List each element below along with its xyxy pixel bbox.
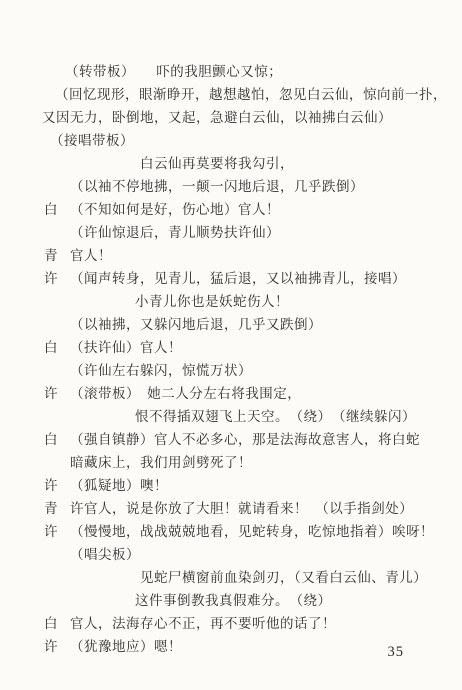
script-line: 青许官人，说是你放了大胆！就请看来！ （以手指剑处） <box>0 497 462 520</box>
line-text: 恨不得插双翅飞上天空。 （绕） （继续躲闪） <box>135 409 416 424</box>
document-page: （转带板） 吓的我胆颤心又惊；（回忆现形，眼渐睁开，越想越怕，忽见白云仙，惊向前… <box>0 0 462 690</box>
script-line: （以袖拂，又躲闪地后退，几乎又跌倒） <box>0 313 462 336</box>
line-text: 暗藏床上，我们用剑劈死了！ <box>70 455 252 470</box>
line-text: （慢慢地，战战兢兢地看，见蛇转身，吃惊地指着）唉呀！ <box>70 524 434 539</box>
line-text: 官人，法海存心不正，再不要听他的话了！ <box>70 616 336 631</box>
speaker-label: 许 <box>44 382 58 405</box>
line-text: （接唱带板） <box>50 133 134 148</box>
script-line: 许（狐疑地）噢！ <box>0 474 462 497</box>
speaker-label: 青 <box>44 497 58 520</box>
line-text: （以袖不停地拂，一颠一闪地后退，几乎跌倒） <box>70 179 364 194</box>
script-line: 暗藏床上，我们用剑劈死了！ <box>0 451 462 474</box>
script-line: （许仙惊退后，青儿顺势扶许仙） <box>0 221 462 244</box>
script-line: 青官人！ <box>0 244 462 267</box>
speaker-label: 许 <box>44 520 58 543</box>
script-line: （回忆现形，眼渐睁开，越想越怕，忽见白云仙，惊向前一扑， <box>0 83 462 106</box>
script-text-block: （转带板） 吓的我胆颤心又惊；（回忆现形，眼渐睁开，越想越怕，忽见白云仙，惊向前… <box>0 60 462 658</box>
line-text: （强自镇静）官人不必多心，那是法海故意害人，将白蛇 <box>70 432 420 447</box>
script-line: 这件事倒教我真假难分。 （绕） <box>0 589 462 612</box>
speaker-label: 白 <box>44 428 58 451</box>
page-number: 35 <box>388 644 405 661</box>
line-text: （狐疑地）噢！ <box>70 478 168 493</box>
line-text: 白云仙再莫要将我勾引， <box>140 156 294 171</box>
script-line: （转带板） 吓的我胆颤心又惊； <box>0 60 462 83</box>
script-line: 见蛇尸横窗前血染剑刃，（又看白云仙、青儿） <box>0 566 462 589</box>
speaker-label: 白 <box>44 336 58 359</box>
script-line: 许（慢慢地，战战兢兢地看，见蛇转身，吃惊地指着）唉呀！ <box>0 520 462 543</box>
line-text: （扶许仙）官人！ <box>70 340 182 355</box>
script-line: 白（强自镇静）官人不必多心，那是法海故意害人，将白蛇 <box>0 428 462 451</box>
line-text: （转带板） 吓的我胆颤心又惊； <box>65 64 282 79</box>
script-line: 白（扶许仙）官人！ <box>0 336 462 359</box>
line-text: （滚带板） 她二人分左右将我围定， <box>70 386 301 401</box>
line-text: （闻声转身，见青儿，猛后退，又以袖拂青儿，接唱） <box>70 271 406 286</box>
script-line: 小青儿你也是妖蛇伤人！ <box>0 290 462 313</box>
script-line: 白官人，法海存心不正，再不要听他的话了！ <box>0 612 462 635</box>
script-line: 又因无力，卧倒地，又起，急避白云仙，以袖拂白云仙） <box>0 106 462 129</box>
speaker-label: 许 <box>44 267 58 290</box>
script-line: 许（闻声转身，见青儿，猛后退，又以袖拂青儿，接唱） <box>0 267 462 290</box>
script-line: （接唱带板） <box>0 129 462 152</box>
script-line: 白（不知如何是好，伤心地）官人！ <box>0 198 462 221</box>
line-text: （许仙惊退后，青儿顺势扶许仙） <box>70 225 280 240</box>
line-text: 许官人，说是你放了大胆！就请看来！ （以手指剑处） <box>70 501 413 516</box>
speaker-label: 青 <box>44 244 58 267</box>
script-line: 许（滚带板） 她二人分左右将我围定， <box>0 382 462 405</box>
line-text: （唱尖板） <box>70 547 140 562</box>
script-line: （许仙左右躲闪，惊慌万状） <box>0 359 462 382</box>
speaker-label: 许 <box>44 474 58 497</box>
script-line: 恨不得插双翅飞上天空。 （绕） （继续躲闪） <box>0 405 462 428</box>
speaker-label: 许 <box>44 635 58 658</box>
line-text: （以袖拂，又躲闪地后退，几乎又跌倒） <box>70 317 322 332</box>
script-line: （唱尖板） <box>0 543 462 566</box>
line-text: （犹豫地应）嗯！ <box>70 639 182 654</box>
line-text: （回忆现形，眼渐睁开，越想越怕，忽见白云仙，惊向前一扑， <box>55 87 447 102</box>
script-line: 白云仙再莫要将我勾引， <box>0 152 462 175</box>
speaker-label: 白 <box>44 198 58 221</box>
line-text: （许仙左右躲闪，惊慌万状） <box>70 363 252 378</box>
line-text: 小青儿你也是妖蛇伤人！ <box>135 294 289 309</box>
speaker-label: 白 <box>44 612 58 635</box>
line-text: 又因无力，卧倒地，又起，急避白云仙，以袖拂白云仙） <box>42 110 392 125</box>
line-text: 见蛇尸横窗前血染剑刃，（又看白云仙、青儿） <box>140 570 427 585</box>
line-text: （不知如何是好，伤心地）官人！ <box>70 202 280 217</box>
script-line: （以袖不停地拂，一颠一闪地后退，几乎跌倒） <box>0 175 462 198</box>
line-text: 官人！ <box>70 248 112 263</box>
line-text: 这件事倒教我真假难分。 （绕） <box>135 593 332 608</box>
